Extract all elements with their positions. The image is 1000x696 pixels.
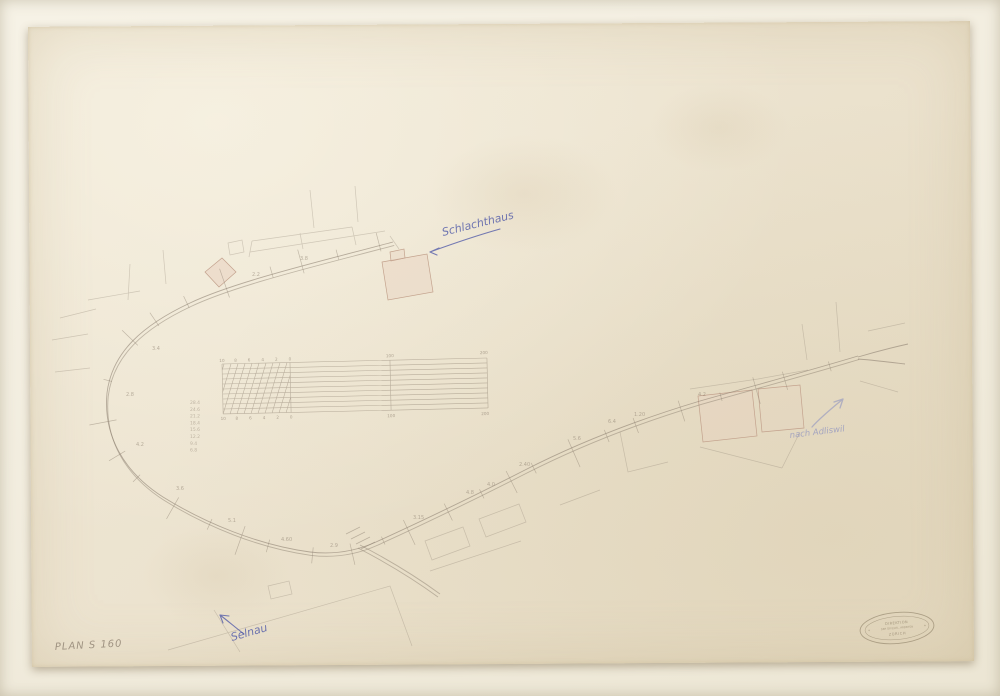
road-fork xyxy=(858,344,908,364)
road-stub-southeast xyxy=(358,545,440,597)
svg-text:3.6: 3.6 xyxy=(176,486,184,492)
svg-text:3.8: 3.8 xyxy=(300,256,308,262)
svg-text:2: 2 xyxy=(275,357,278,362)
building-right-2 xyxy=(758,385,804,432)
svg-text:10: 10 xyxy=(219,358,225,363)
svg-text:4.60: 4.60 xyxy=(281,537,292,543)
building-small-left xyxy=(205,258,236,287)
svg-text:5.6: 5.6 xyxy=(573,436,581,442)
scale-label-end-bottom: 200 xyxy=(481,411,489,416)
svg-text:4: 4 xyxy=(261,357,264,362)
svg-text:2: 2 xyxy=(276,415,279,420)
svg-text:4: 4 xyxy=(263,415,266,420)
svg-text:2.40: 2.40 xyxy=(519,462,530,468)
stamp-star-left: * xyxy=(868,628,870,633)
svg-text:15.6: 15.6 xyxy=(190,427,200,433)
svg-text:8: 8 xyxy=(234,358,237,363)
svg-text:4.0: 4.0 xyxy=(487,482,495,488)
measurement-numbers: 3.42.84.23.65.14.602.93.154.84.02.405.66… xyxy=(126,256,706,549)
buildings xyxy=(205,249,804,442)
svg-text:0: 0 xyxy=(289,356,292,361)
building-right-1 xyxy=(698,390,757,442)
svg-text:6.8: 6.8 xyxy=(190,448,197,454)
scanned-plan: 3.42.84.23.65.14.602.93.154.84.02.405.66… xyxy=(0,0,1000,696)
svg-text:5.1: 5.1 xyxy=(228,518,236,524)
svg-text:0: 0 xyxy=(290,414,293,419)
svg-text:18.4: 18.4 xyxy=(190,420,200,426)
svg-text:1.20: 1.20 xyxy=(634,412,645,418)
building-large-center xyxy=(382,254,433,300)
svg-text:10: 10 xyxy=(221,416,227,421)
selnau-note-text: Selnau xyxy=(229,621,269,644)
svg-text:9.4: 9.4 xyxy=(190,441,197,447)
measurement-column: 28.424.621.218.415.612.29.46.8 xyxy=(190,400,200,454)
svg-text:8: 8 xyxy=(235,416,238,421)
svg-text:6: 6 xyxy=(248,357,251,362)
svg-text:3.15: 3.15 xyxy=(413,515,424,521)
scale-label-end-top: 200 xyxy=(480,350,488,355)
svg-text:2.8: 2.8 xyxy=(126,392,134,398)
svg-text:12.2: 12.2 xyxy=(190,434,200,440)
svg-text:4.2: 4.2 xyxy=(136,442,144,448)
svg-text:2.2: 2.2 xyxy=(252,272,260,278)
svg-text:21.2: 21.2 xyxy=(190,414,200,420)
arrow-northeast xyxy=(812,399,843,427)
archive-stamp: DIREKTION DER ÖFFENTL. ARBEITEN ZÜRICH *… xyxy=(859,609,935,646)
svg-text:6: 6 xyxy=(249,415,252,420)
plan-drawing: 3.42.84.23.65.14.602.93.154.84.02.405.66… xyxy=(0,0,1000,696)
svg-text:4.2: 4.2 xyxy=(698,392,706,398)
building-note-text: Schlachthaus xyxy=(441,208,516,238)
scale-grid xyxy=(208,358,488,414)
plan-number-label: PLAN S 160 xyxy=(55,638,123,653)
svg-text:3.4: 3.4 xyxy=(152,346,160,352)
svg-text:24.6: 24.6 xyxy=(190,407,200,413)
stamp-line-3: ZÜRICH xyxy=(889,630,907,637)
scale-bar: 10108866442200 100 100 200 200 xyxy=(208,350,490,422)
scale-label-mid-bottom: 100 xyxy=(387,413,395,418)
svg-text:4.8: 4.8 xyxy=(466,490,474,496)
scale-label-mid-top: 100 xyxy=(386,353,394,358)
svg-text:2.9: 2.9 xyxy=(330,543,338,549)
stamp-line-1: DIREKTION xyxy=(885,620,908,626)
svg-text:28.4: 28.4 xyxy=(190,400,200,406)
stamp-star-right: * xyxy=(924,623,926,628)
svg-text:6.4: 6.4 xyxy=(608,419,616,425)
